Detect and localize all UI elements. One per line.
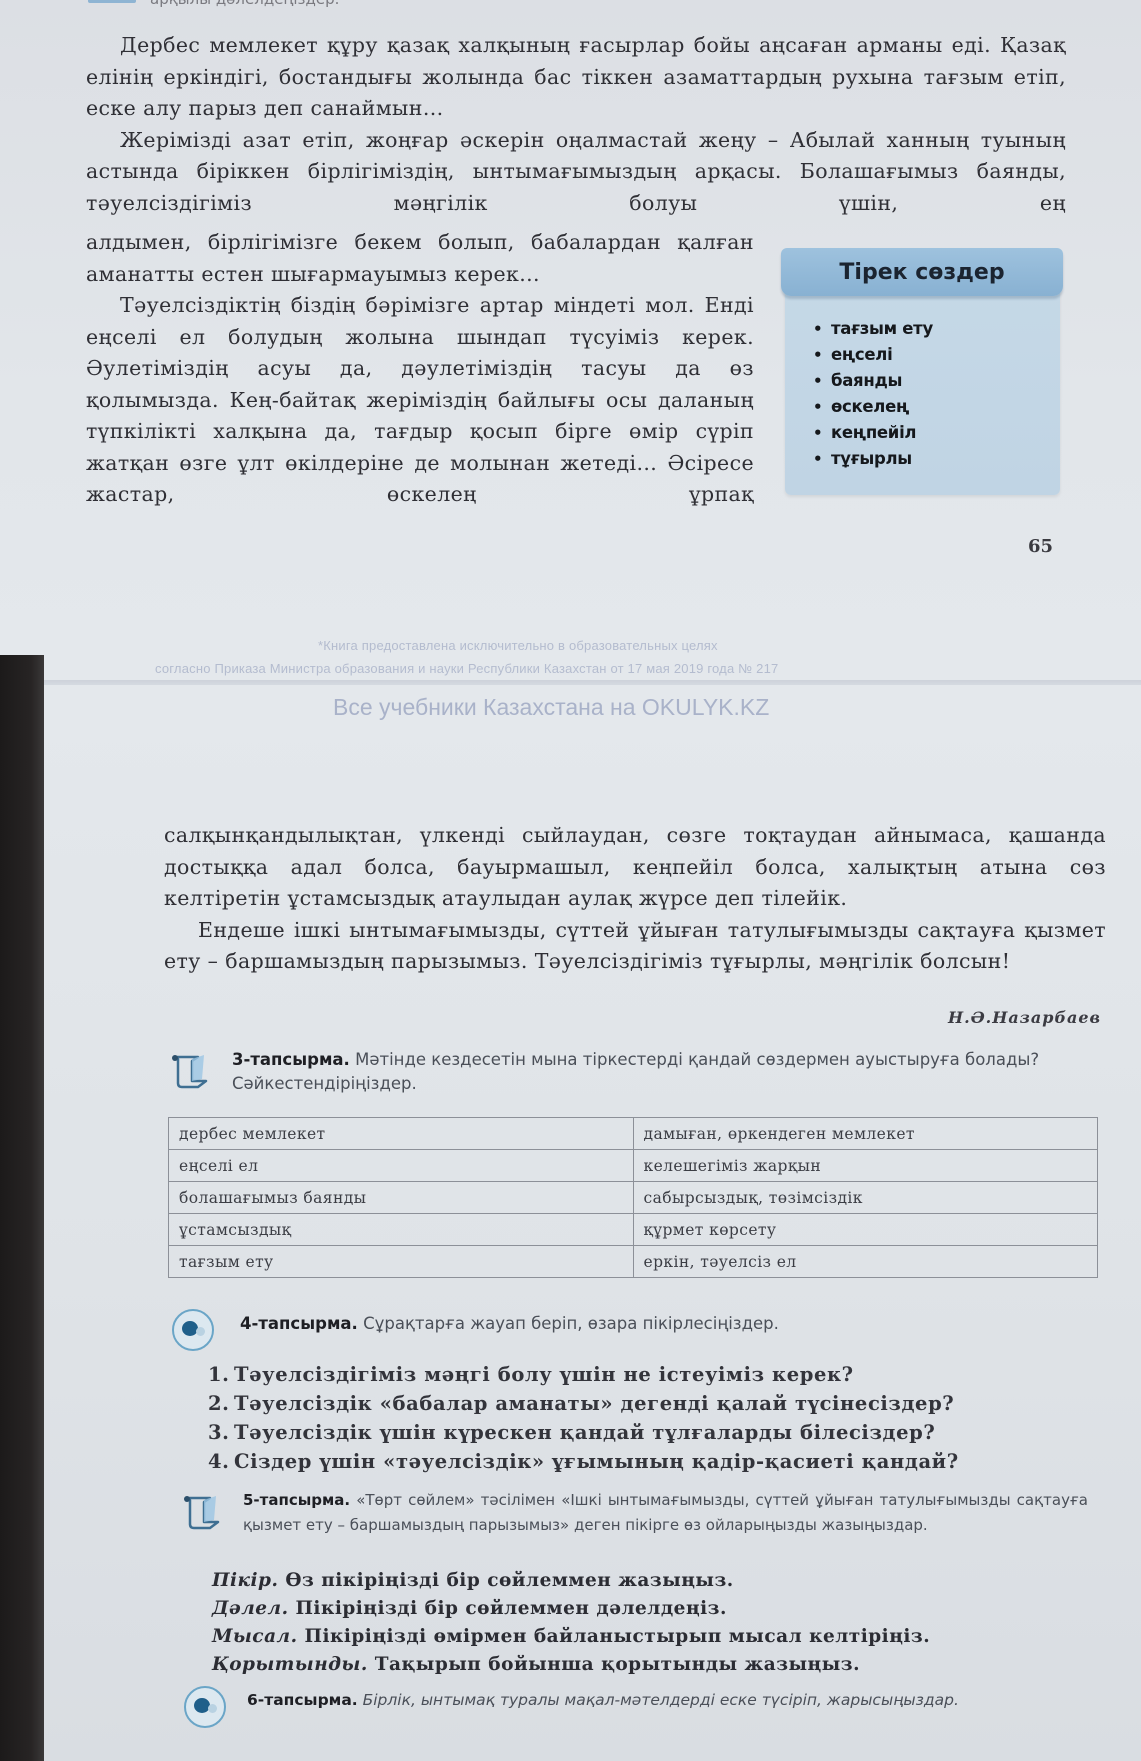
- task-4-instruction: Сұрақтарға жауап беріп, өзара пікірлесің…: [358, 1314, 779, 1333]
- textbook-page-65: арқылы дәлелдеңіздер. Дербес мемлекет құ…: [0, 0, 1141, 680]
- paragraph-continued: алдымен, бірлігімізге бекем болып, бабал…: [86, 227, 754, 290]
- header-fragment-text: арқылы дәлелдеңіздер.: [150, 0, 339, 8]
- phrase-cell: дербес мемлекет: [169, 1118, 634, 1150]
- phrase-cell: болашағымыз баянды: [169, 1182, 634, 1214]
- table-row: еңселі елкелешегіміз жарқын: [169, 1150, 1098, 1182]
- synonym-cell: еркін, тәуелсіз ел: [633, 1246, 1098, 1278]
- keyword-item: тұғырлы: [813, 446, 933, 472]
- discussion-task-icon: [172, 1309, 214, 1351]
- paragraph-continued: салқынқандылықтан, үлкенді сыйлаудан, сө…: [164, 820, 1106, 915]
- main-text-bottom: салқынқандылықтан, үлкенді сыйлаудан, сө…: [164, 820, 1106, 978]
- synonym-cell: дамыған, өркендеген мемлекет: [633, 1118, 1098, 1150]
- synonym-cell: құрмет көрсету: [633, 1214, 1098, 1246]
- synonym-cell: келешегіміз жарқын: [633, 1150, 1098, 1182]
- keyword-item: тағзым ету: [813, 316, 933, 342]
- plan-item: Мысал. Пікіріңізді өмірмен байланыстырып…: [212, 1623, 930, 1651]
- task-6: 6-тапсырма. Бірлік, ынтымақ туралы мақал…: [247, 1688, 959, 1712]
- main-text-top: Дербес мемлекет құру қазақ халқының ғасы…: [86, 30, 1066, 219]
- phrase-cell: ұстамсыздық: [169, 1214, 634, 1246]
- phrase-cell: еңселі ел: [169, 1150, 634, 1182]
- discussion-task-icon: [184, 1686, 226, 1728]
- question-list: 1.Тәуелсіздігіміз мәңгі болу үшін не іст…: [208, 1360, 959, 1476]
- task-6-label: 6-тапсырма.: [247, 1691, 358, 1709]
- keywords-title: Тірек сөздер: [781, 248, 1063, 296]
- question-item: 4.Сіздер үшін «тәуелсіздік» ұғымының қад…: [208, 1447, 959, 1476]
- plan-item: Дәлел. Пікіріңізді бір сөйлеммен дәлелде…: [212, 1595, 930, 1623]
- watermark-notice-line2: согласно Приказа Министра образования и …: [155, 661, 778, 676]
- phrase-cell: тағзым ету: [169, 1246, 634, 1278]
- paragraph: Тәуелсіздіктің біздің бәрімізге артар мі…: [86, 290, 754, 511]
- question-item: 3.Тәуелсіздік үшін күрескен қандай тұлға…: [208, 1418, 959, 1447]
- watermark-notice-line1: *Книга предоставлена исключительно в обр…: [318, 638, 718, 653]
- author-signature: Н.Ә.Назарбаев: [948, 1008, 1101, 1027]
- task-4: 4-тапсырма. Сұрақтарға жауап беріп, өзар…: [240, 1312, 779, 1336]
- question-item: 1.Тәуелсіздігіміз мәңгі болу үшін не іст…: [208, 1360, 959, 1389]
- table-row: болашағымыз баяндысабырсыздық, төзімсізд…: [169, 1182, 1098, 1214]
- task-5-instruction: «Төрт сөйлем» тәсілімен «Ішкі ынтымағымы…: [243, 1491, 1088, 1534]
- task-3-label: 3-тапсырма.: [232, 1050, 350, 1069]
- plan-item: Пікір. Өз пікіріңізді бір сөйлеммен жазы…: [212, 1567, 930, 1595]
- matching-table: дербес мемлекетдамыған, өркендеген мемле…: [168, 1117, 1098, 1278]
- paragraph: Дербес мемлекет құру қазақ халқының ғасы…: [86, 30, 1066, 125]
- previous-task-fragment: арқылы дәлелдеңіздер.: [88, 0, 339, 8]
- keyword-item: өскелең: [813, 394, 933, 420]
- table-row: тағзым етуеркін, тәуелсіз ел: [169, 1246, 1098, 1278]
- four-sentence-plan: Пікір. Өз пікіріңізді бір сөйлеммен жазы…: [212, 1567, 930, 1679]
- synonym-cell: сабырсыздық, төзімсіздік: [633, 1182, 1098, 1214]
- plan-item: Қорытынды. Тақырып бойынша қорытынды жаз…: [212, 1651, 930, 1679]
- main-text-beside-keywords: алдымен, бірлігімізге бекем болып, бабал…: [86, 227, 754, 511]
- writing-task-icon: [168, 1049, 212, 1093]
- page-divider: [44, 680, 1141, 685]
- keywords-box: Тірек сөздер тағзым ету еңселі баянды өс…: [785, 248, 1060, 495]
- keyword-item: еңселі: [813, 342, 933, 368]
- keyword-item: кеңпейіл: [813, 420, 933, 446]
- task-5-label: 5-тапсырма.: [243, 1491, 350, 1509]
- paragraph: Жерімізді азат етіп, жоңғар әскерін оңал…: [86, 125, 1066, 220]
- device-bezel: [0, 655, 44, 1761]
- table-row: ұстамсыздыққұрмет көрсету: [169, 1214, 1098, 1246]
- task-5: 5-тапсырма. «Төрт сөйлем» тәсілімен «Ішк…: [243, 1488, 1088, 1538]
- page-number: 65: [1028, 536, 1053, 557]
- keyword-item: баянды: [813, 368, 933, 394]
- task-3: 3-тапсырма. Мәтінде кездесетін мына тірк…: [232, 1048, 1102, 1096]
- task-6-instruction: Бірлік, ынтымақ туралы мақал-мәтелдерді …: [358, 1691, 959, 1709]
- paragraph: Ендеше ішкі ынтымағымызды, сүттей ұйыған…: [164, 915, 1106, 978]
- task-4-label: 4-тапсырма.: [240, 1314, 358, 1333]
- task-3-instruction: Мәтінде кездесетін мына тіркестерді қанд…: [232, 1050, 1039, 1093]
- table-row: дербес мемлекетдамыған, өркендеген мемле…: [169, 1118, 1098, 1150]
- keywords-list: тағзым ету еңселі баянды өскелең кеңпейі…: [813, 316, 933, 472]
- watermark-site-link[interactable]: Все учебники Казахстана на OKULYK.KZ: [333, 694, 769, 721]
- question-item: 2.Тәуелсіздік «бабалар аманаты» дегенді …: [208, 1389, 959, 1418]
- writing-task-icon: [180, 1490, 224, 1534]
- task-marker-bar: [88, 0, 136, 3]
